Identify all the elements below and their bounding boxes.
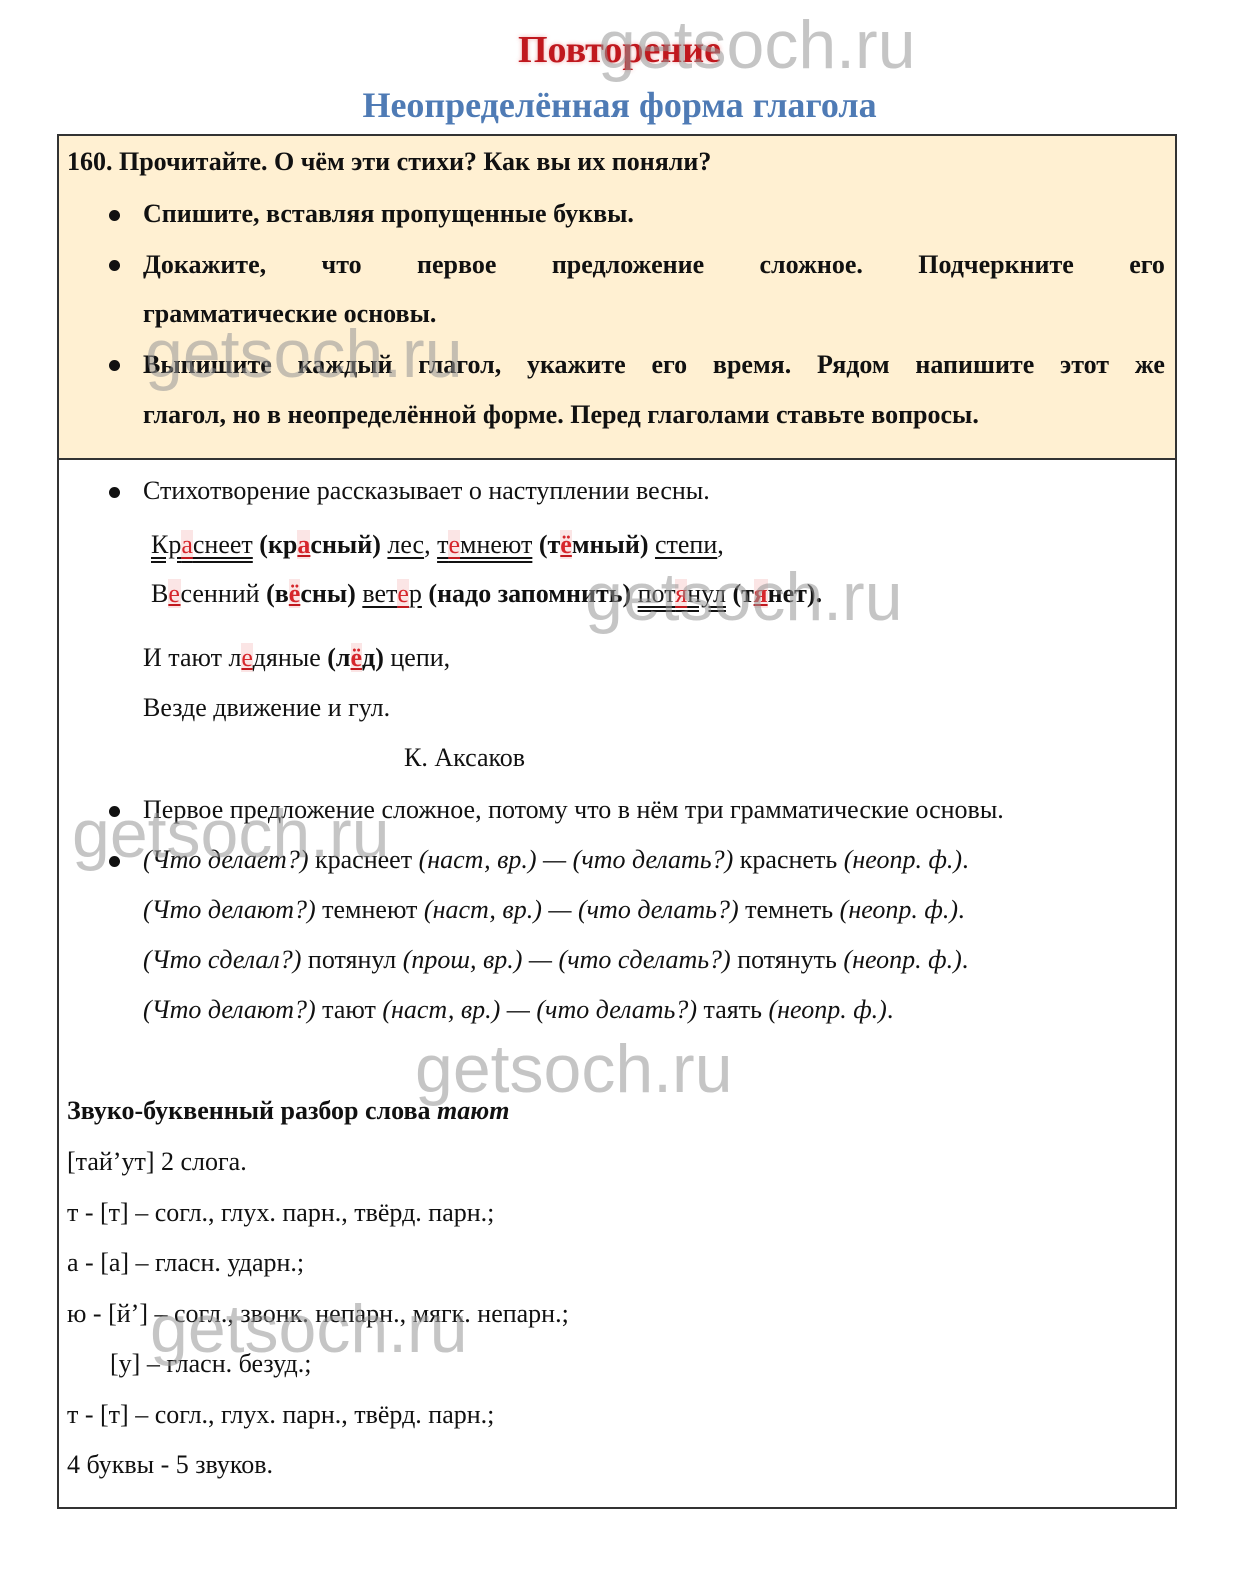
word: Выпишите [143, 350, 272, 380]
poem-line-2: Весенний (вёсны) ветер (надо запомнить) … [151, 579, 822, 609]
word: его [1129, 250, 1165, 280]
bullet-icon [109, 806, 120, 817]
word: укажите [527, 350, 626, 380]
analysis-title: Звуко-буквенный разбор слова тают [67, 1096, 509, 1126]
task-bullet-2-line-1: Докажите,чтопервоепредложениесложное.Под… [143, 250, 1165, 280]
poem-line-4: Везде движение и гул. [143, 693, 390, 723]
analysis-line: 4 буквы - 5 звуков. [67, 1450, 273, 1480]
word: его [651, 350, 687, 380]
word: же [1135, 350, 1165, 380]
word: сложное. [760, 250, 863, 280]
word: Подчеркните [918, 250, 1074, 280]
poem-line-3: И тают ледяные (лёд) цепи, [143, 643, 450, 673]
word: первое [417, 250, 496, 280]
bullet-icon [109, 487, 120, 498]
word: напишите [915, 350, 1034, 380]
task-bullet-1: Спишите, вставляя пропущенные буквы. [143, 199, 634, 229]
answer-intro: Стихотворение рассказывает о наступлении… [143, 476, 710, 506]
word: предложение [552, 250, 704, 280]
bullet-icon [109, 210, 120, 221]
poem-author: К. Аксаков [404, 743, 525, 773]
task-question: 160. Прочитайте. О чём эти стихи? Как вы… [67, 147, 711, 177]
verb-row: (Что делают?) тают (наст, вр.) — (что де… [143, 995, 893, 1025]
complex-sentence-explanation: Первое предложение сложное, потому что в… [143, 795, 1004, 825]
analysis-line: ю - [й’] – согл., звонк. непарн., мягк. … [67, 1299, 569, 1329]
analysis-line: [у] – гласн. безуд.; [110, 1349, 311, 1379]
analysis-line: т - [т] – согл., глух. парн., твёрд. пар… [67, 1400, 494, 1430]
analysis-line: [тай’ут] 2 слога. [67, 1147, 247, 1177]
word: каждый [298, 350, 393, 380]
page-title: Повторение [0, 28, 1239, 72]
bullet-icon [109, 360, 120, 371]
task-bullet-3-line-1: Выпишитекаждыйглагол,укажитееговремя.Ряд… [143, 350, 1165, 380]
bullet-icon [109, 260, 120, 271]
word: что [322, 250, 362, 280]
word: этот [1060, 350, 1109, 380]
verb-row: (Что делают?) темнеют (наст, вр.) — (что… [143, 895, 965, 925]
analysis-line: а - [а] – гласн. ударн.; [67, 1248, 304, 1278]
poem-line-1: Краснеет (красный) лес, темнеют (тёмный)… [151, 530, 724, 560]
word: Рядом [817, 350, 890, 380]
word: Докажите, [143, 250, 266, 280]
bullet-icon [109, 856, 120, 867]
analysis-line: т - [т] – согл., глух. парн., твёрд. пар… [67, 1198, 494, 1228]
page-subtitle: Неопределённая форма глагола [0, 84, 1239, 126]
verb-row: (Что делает?) краснеет (наст, вр.) — (чт… [143, 845, 969, 875]
verb-row: (Что сделал?) потянул (прош, вр.) — (что… [143, 945, 968, 975]
word: время. [713, 350, 791, 380]
task-bullet-3-line-2: глагол, но в неопределённой форме. Перед… [143, 400, 979, 430]
task-bullet-2-line-2: грамматические основы. [143, 299, 436, 329]
word: глагол, [418, 350, 501, 380]
